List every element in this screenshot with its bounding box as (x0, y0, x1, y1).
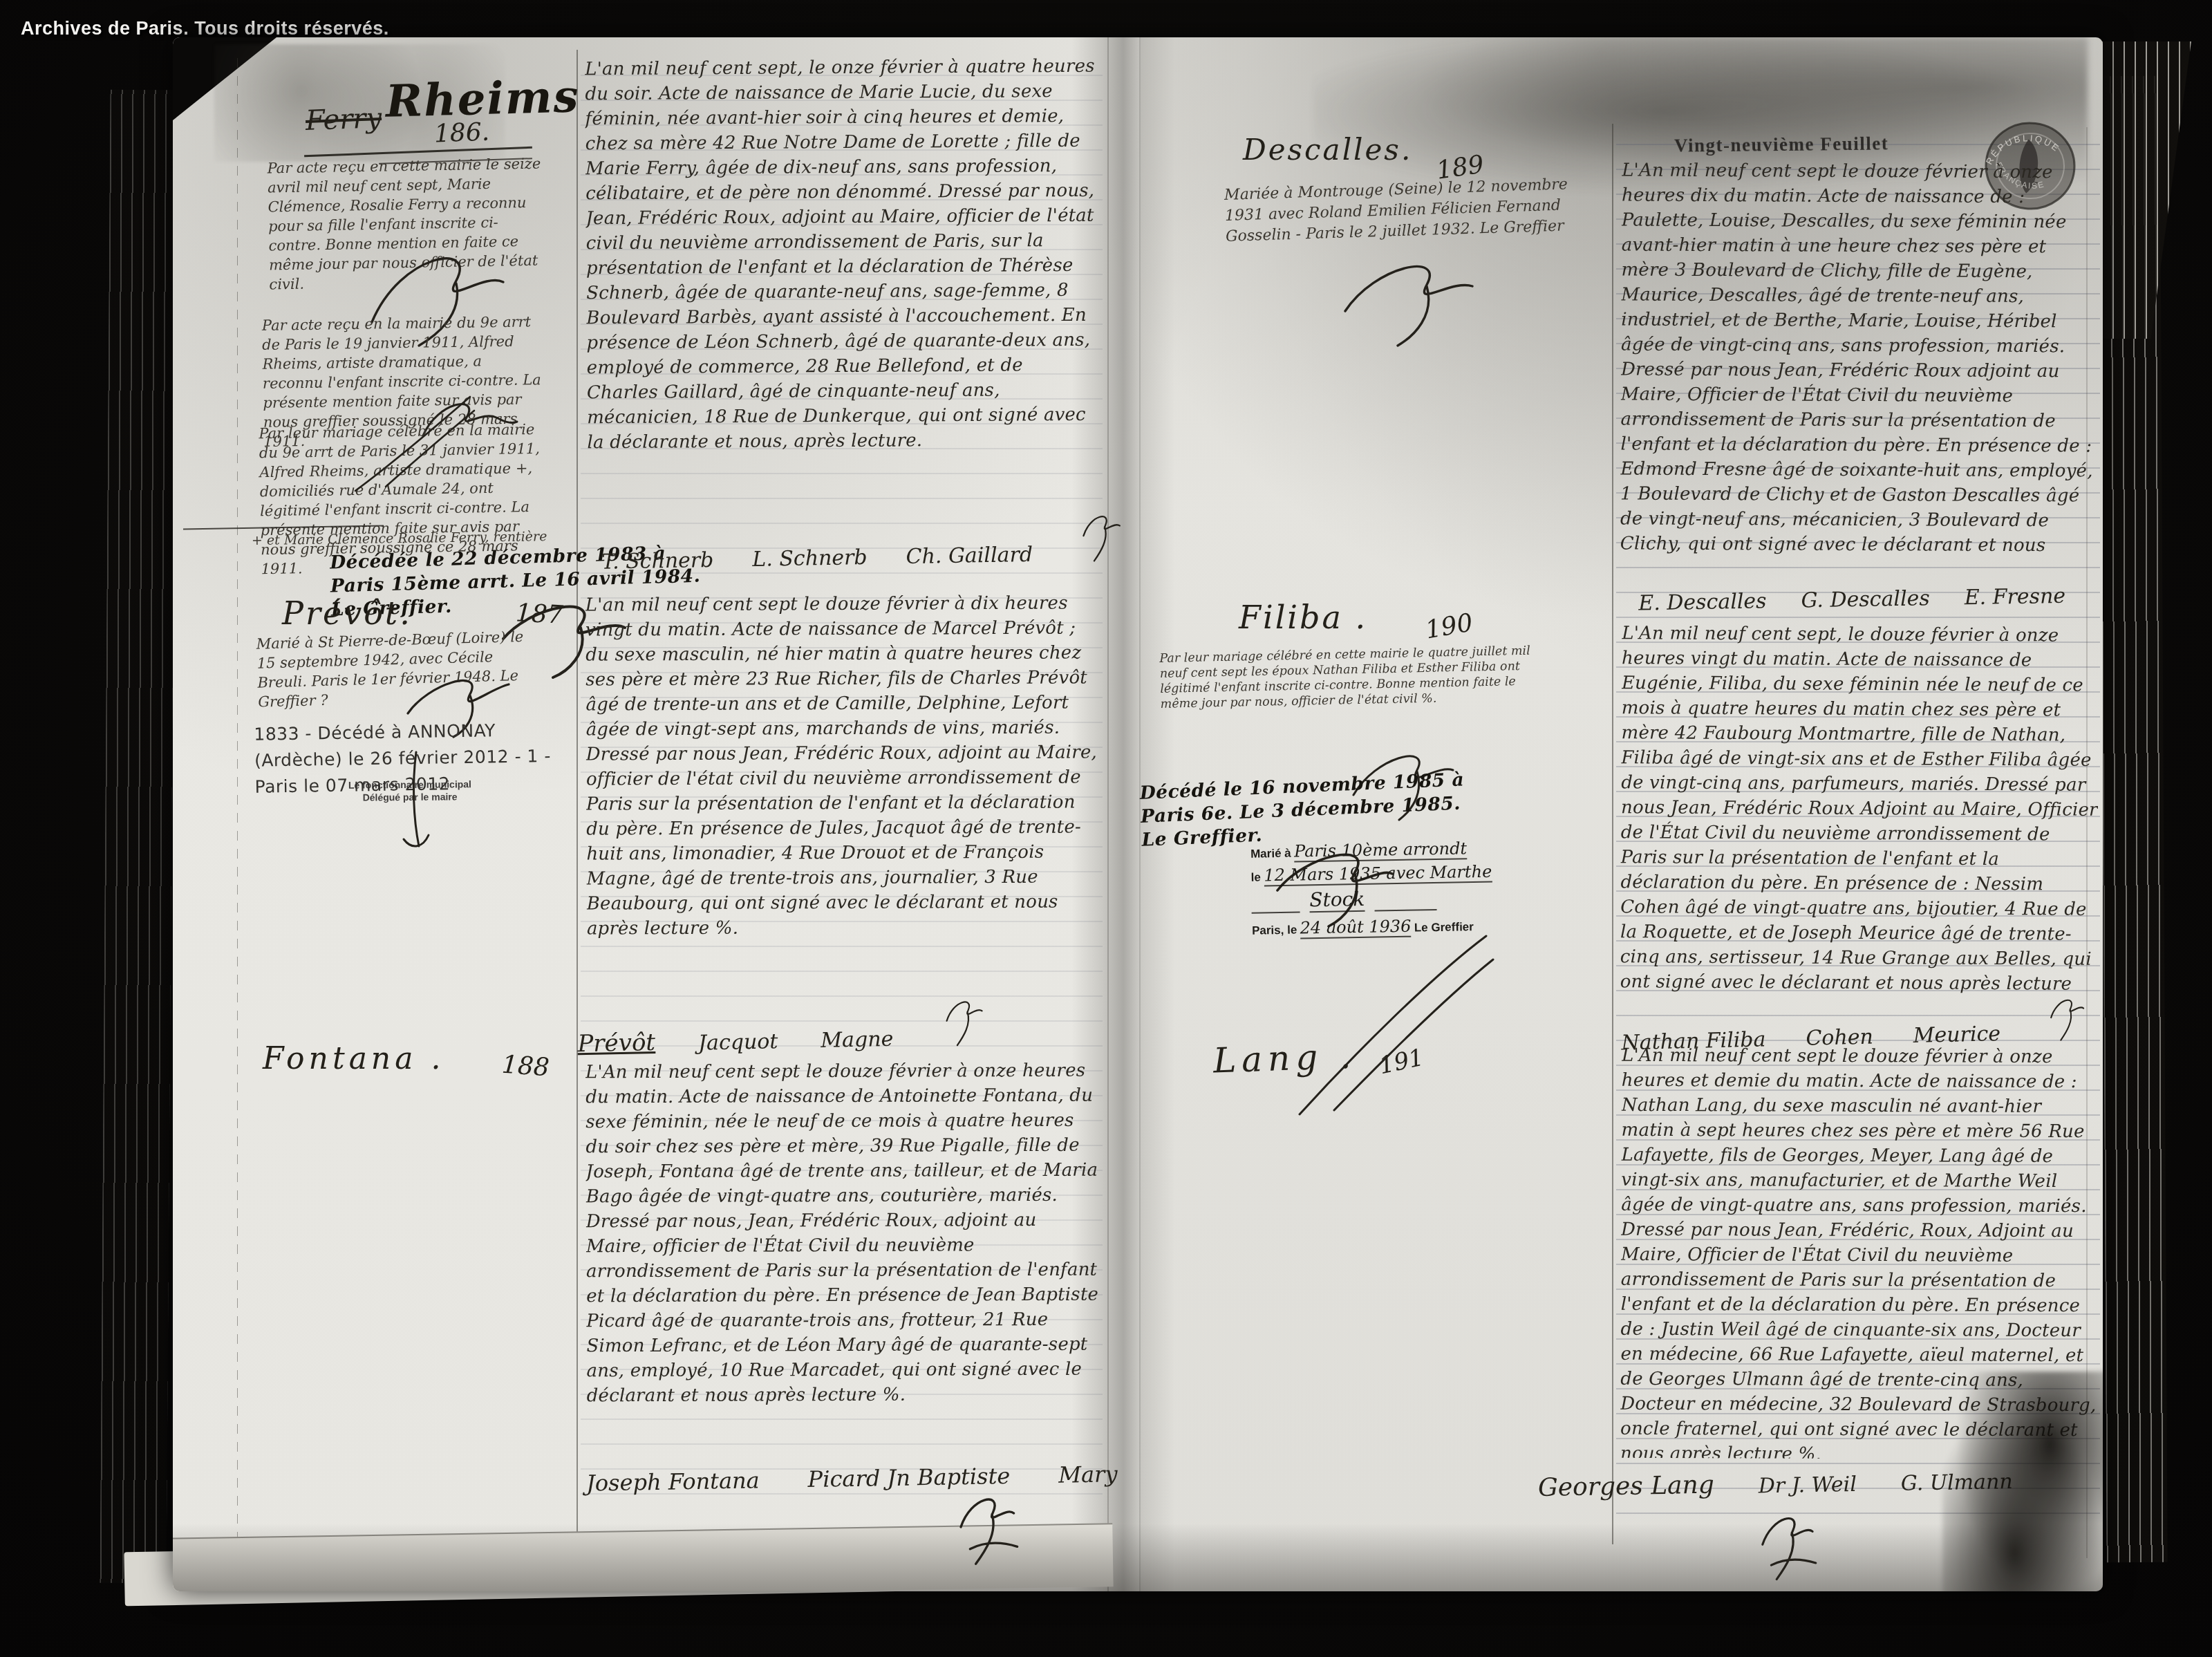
officer-paraph (2040, 994, 2097, 1045)
long-pen-strokes (1279, 929, 1500, 1123)
act-186-body: L'an mil neuf cent sept, le onze février… (585, 54, 1100, 511)
stamp-value: Paris 10ème arrondt (1294, 839, 1467, 862)
entry-188-number: 188 (501, 1051, 550, 1083)
officer-paraph (1756, 1510, 1821, 1586)
greffier-signature-flourish-2 (346, 391, 477, 495)
signature: Picard Jn Baptiste (807, 1463, 1010, 1492)
left-page-edge-stack (100, 90, 176, 1584)
marriage-stamp-190: Marié à Paris 10ème arrondt le 12 Mars 1… (1250, 836, 1625, 938)
signature: Joseph Fontana (586, 1467, 760, 1496)
right-corner-page-fan (2101, 41, 2191, 339)
act-187-signatures: Prévôt Jacquot Magne (577, 995, 995, 1058)
folio-header-label: Vingt-neuvième Feuillet (1674, 133, 1889, 156)
entry-188-name: Fontana . (263, 1041, 444, 1076)
act-186-signatures: T. Schnerb L. Schnerb Ch. Gaillard (601, 509, 1134, 574)
pen-stroke-through-stamp (395, 749, 437, 860)
officer-paraph (1071, 509, 1134, 566)
signature: Jacquot (698, 1029, 778, 1055)
scanned-register-view: Archives de Paris. Tous droits réservés.… (0, 0, 2212, 1657)
stamp-label: Marié à (1250, 847, 1291, 861)
entry-191-name: Lang . (1212, 1036, 1357, 1080)
left-corner-shadow (173, 37, 276, 120)
register-spread: Ferry Rheims 186. Par acte reçu en cette… (173, 37, 2103, 1591)
greffier-signature-flourish-5 (1334, 245, 1479, 348)
stamp-label: le (1251, 870, 1262, 883)
signature: Magne (821, 1027, 894, 1053)
signature: Prévôt (577, 1029, 655, 1058)
margin-note-legitimation-190: Par leur mariage célébré en cette mairie… (1159, 643, 1551, 712)
entry-187-number: 187 (515, 599, 564, 630)
signature: Dr J. Weil (1759, 1472, 1857, 1498)
entry-190-name: Filiba . (1239, 599, 1367, 636)
entry-187-name: Prévôt. (282, 595, 412, 632)
margin-note-marriage-1931: Mariée à Montrouge (Seine) le 12 novembr… (1224, 174, 1575, 247)
signature: E. Fresne (1964, 584, 2065, 610)
signature: Mary (1058, 1461, 1118, 1488)
officer-paraph (954, 1489, 1023, 1572)
signature: E. Descalles (1638, 589, 1767, 615)
act-188-body: L'An mil neuf cent sept le douze février… (585, 1058, 1100, 1461)
act-187-body: L'an mil neuf cent sept le douze février… (585, 590, 1100, 993)
signature: G. Ulmann (1901, 1470, 2013, 1496)
entry-189-name: Descalles. (1243, 133, 1412, 167)
signature: Georges Lang (1538, 1471, 1714, 1502)
stamp-blank-line (1252, 911, 1300, 913)
stamp-blank-line (1375, 909, 1437, 912)
officer-paraph (935, 995, 995, 1051)
stamp-value: 12 Mars 1935 avec Marthe (1264, 862, 1492, 887)
right-page-margin-rule (1612, 124, 1613, 1544)
stamp-value: Stock (1309, 888, 1365, 912)
archives-watermark: Archives de Paris. Tous droits réservés. (21, 18, 389, 39)
entry-186-number: 186. (433, 118, 490, 149)
entry-190-number: 190 (1423, 608, 1475, 644)
act-189-signatures: E. Descalles G. Descalles E. Fresne (1638, 556, 2103, 615)
signature: Ch. Gaillard (906, 543, 1033, 569)
left-page-outer-rule (237, 58, 238, 1565)
signature: G. Descalles (1801, 586, 1930, 612)
act-190-body: L'An mil neuf cent sept, le douze févrie… (1620, 621, 2099, 997)
entry-186-name-struck: Ferry (305, 102, 382, 137)
signature: T. Schnerb (601, 548, 714, 574)
left-page-margin-rule (577, 50, 578, 1564)
officer-paraph (2099, 556, 2103, 607)
act-191-body: L'An mil neuf cent sept le douze février… (1620, 1043, 2099, 1459)
act-189-body: L'An mil neuf cent sept le douze février… (1620, 158, 2099, 558)
gutter-crease-line (1107, 37, 1109, 1591)
signature: L. Schnerb (752, 545, 868, 572)
